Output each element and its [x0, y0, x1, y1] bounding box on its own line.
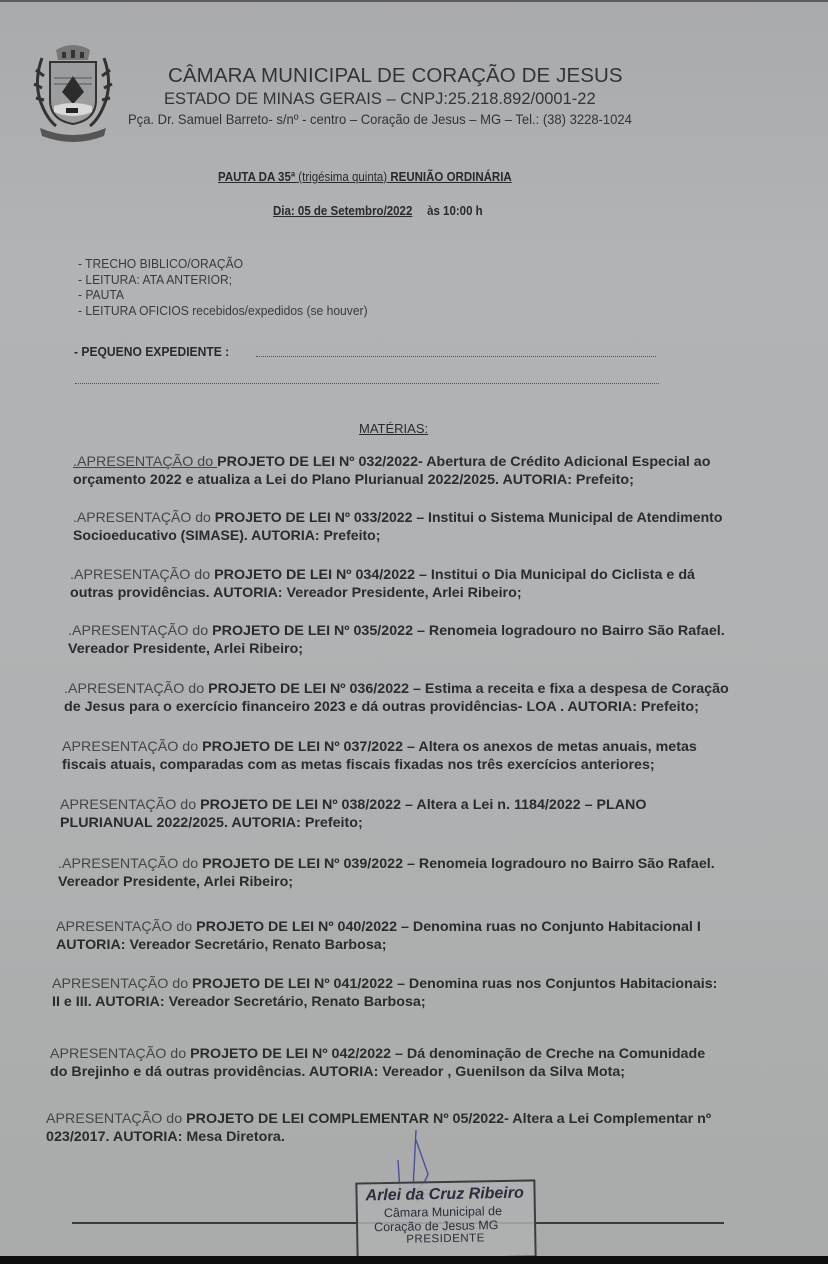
materia-item: .APRESENTAÇÃO do PROJETO DE LEI Nº 039/2… — [58, 855, 715, 891]
header-subtitle: ESTADO DE MINAS GERAIS – CNPJ:25.218.892… — [164, 90, 596, 109]
materia-item: .APRESENTAÇÃO do PROJETO DE LEI Nº 033/2… — [73, 509, 722, 545]
materia-line1: PROJETO DE LEI COMPLEMENTAR Nº 05/2022- … — [186, 1111, 711, 1126]
materia-item: .APRESENTAÇÃO do PROJETO DE LEI Nº 034/2… — [70, 566, 695, 602]
pauta-title-suffix: REUNIÃO ORDINÁRIA — [387, 170, 512, 184]
materia-line1: PROJETO DE LEI Nº 033/2022 – Institui o … — [215, 510, 723, 525]
materia-prefix: .APRESENTAÇÃO do — [73, 510, 215, 525]
coat-of-arms-icon — [26, 40, 120, 144]
materia-item: .APRESENTAÇÃO do PROJETO DE LEI Nº 035/2… — [68, 622, 725, 658]
materia-line1: PROJETO DE LEI Nº 039/2022 – Renomeia lo… — [202, 856, 715, 871]
materia-line1: PROJETO DE LEI Nº 034/2022 – Institui o … — [214, 567, 695, 582]
materia-prefix: APRESENTAÇÃO do — [62, 739, 202, 754]
materia-prefix: .APRESENTAÇÃO do — [70, 567, 214, 582]
materia-item: APRESENTAÇÃO do PROJETO DE LEI Nº 037/20… — [62, 738, 697, 774]
materia-item: APRESENTAÇÃO do PROJETO DE LEI COMPLEMEN… — [46, 1110, 711, 1146]
materias-heading: MATÉRIAS: — [359, 421, 428, 436]
materia-line2: AUTORIA: Vereador Secretário, Renato Bar… — [56, 936, 701, 954]
materia-line2: Vereador Presidente, Arlei Ribeiro; — [68, 640, 725, 658]
materia-line1: PROJETO DE LEI Nº 032/2022- Abertura de … — [217, 454, 710, 469]
materia-line2: PLURIANUAL 2022/2025. AUTORIA: Prefeito; — [60, 814, 646, 832]
pequeno-expediente-label: - PEQUENO EXPEDIENTE : — [74, 344, 229, 359]
materia-prefix: .APRESENTAÇÃO do — [64, 681, 208, 696]
time-label: às 10:00 h — [427, 204, 483, 218]
header-address: Pça. Dr. Samuel Barreto- s/nº - centro –… — [128, 111, 632, 127]
materia-line2: Socioeducativo (SIMASE). AUTORIA: Prefei… — [73, 527, 722, 545]
materia-line1: PROJETO DE LEI Nº 037/2022 – Altera os a… — [202, 739, 697, 754]
pauta-title-prefix: PAUTA DA 35ª — [218, 170, 298, 184]
materia-item: .APRESENTAÇÃO do PROJETO DE LEI Nº 032/2… — [73, 453, 710, 489]
dotted-fill-line — [256, 356, 656, 357]
materia-prefix: APRESENTAÇÃO do — [50, 1046, 190, 1061]
agenda-item: - PAUTA — [78, 287, 368, 303]
agenda-item: - LEITURA: ATA ANTERIOR; — [78, 272, 368, 288]
materia-line2: fiscais atuais, comparadas com as metas … — [62, 756, 697, 774]
agenda-item: - TRECHO BIBLICO/ORAÇÃO — [78, 256, 368, 272]
pauta-date: Dia: 05 de Setembro/2022às 10:00 h — [273, 204, 483, 218]
materia-item: APRESENTAÇÃO do PROJETO DE LEI Nº 042/20… — [50, 1045, 705, 1081]
materia-item: .APRESENTAÇÃO do PROJETO DE LEI Nº 036/2… — [64, 680, 729, 716]
materia-prefix: .APRESENTAÇÃO do — [58, 856, 202, 871]
materia-line1: PROJETO DE LEI Nº 041/2022 – Denomina ru… — [192, 976, 717, 991]
materia-line2: II e III. AUTORIA: Vereador Secretário, … — [52, 993, 717, 1011]
materia-prefix: APRESENTAÇÃO do — [46, 1111, 186, 1126]
materia-item: APRESENTAÇÃO do PROJETO DE LEI Nº 041/20… — [52, 975, 717, 1011]
president-stamp: Arlei da Cruz Ribeiro Câmara Municipal d… — [355, 1179, 536, 1260]
materia-item: APRESENTAÇÃO do PROJETO DE LEI Nº 040/20… — [56, 918, 701, 954]
stamp-role: PRESIDENTE — [406, 1232, 485, 1245]
materia-line2: do Brejinho e dá outras providências. AU… — [50, 1063, 705, 1081]
bottom-edge — [0, 1256, 828, 1264]
top-edge — [0, 0, 828, 2]
materia-prefix: APRESENTAÇÃO do — [60, 797, 200, 812]
materia-prefix: .APRESENTAÇÃO do — [68, 623, 212, 638]
materia-line1: PROJETO DE LEI Nº 040/2022 – Denomina ru… — [196, 919, 701, 934]
date-label: Dia: 05 de Setembro/2022 — [273, 204, 412, 218]
materia-prefix: APRESENTAÇÃO do — [52, 976, 192, 991]
stamp-name: Arlei da Cruz Ribeiro — [365, 1185, 524, 1206]
materia-line1: PROJETO DE LEI Nº 035/2022 – Renomeia lo… — [212, 623, 725, 638]
materia-item: APRESENTAÇÃO do PROJETO DE LEI Nº 038/20… — [60, 796, 646, 832]
pauta-title: PAUTA DA 35ª (trigésima quinta) REUNIÃO … — [218, 170, 512, 184]
agenda-item: - LEITURA OFICIOS recebidos/expedidos (s… — [78, 303, 368, 319]
agenda-list: - TRECHO BIBLICO/ORAÇÃO - LEITURA: ATA A… — [78, 256, 368, 318]
materia-line2: orçamento 2022 e atualiza a Lei do Plano… — [73, 471, 710, 489]
materia-line1: PROJETO DE LEI Nº 038/2022 – Altera a Le… — [200, 797, 646, 812]
materia-line1: PROJETO DE LEI Nº 036/2022 – Estima a re… — [208, 681, 729, 696]
dotted-fill-line — [75, 383, 659, 384]
materia-line2: 023/2017. AUTORIA: Mesa Diretora. — [46, 1128, 711, 1146]
materia-line2: de Jesus para o exercício financeiro 202… — [64, 698, 729, 716]
materia-line1: PROJETO DE LEI Nº 042/2022 – Dá denomina… — [190, 1046, 705, 1061]
materia-line2: Vereador Presidente, Arlei Ribeiro; — [58, 873, 715, 891]
header-title: CÂMARA MUNICIPAL DE CORAÇÃO DE JESUS — [168, 64, 623, 88]
pauta-title-ordinal: (trigésima quinta) — [298, 170, 387, 184]
materia-prefix: APRESENTAÇÃO do — [56, 919, 196, 934]
materia-prefix: .APRESENTAÇÃO do — [73, 454, 217, 469]
materia-line2: outras providências. AUTORIA: Vereador P… — [70, 584, 695, 602]
